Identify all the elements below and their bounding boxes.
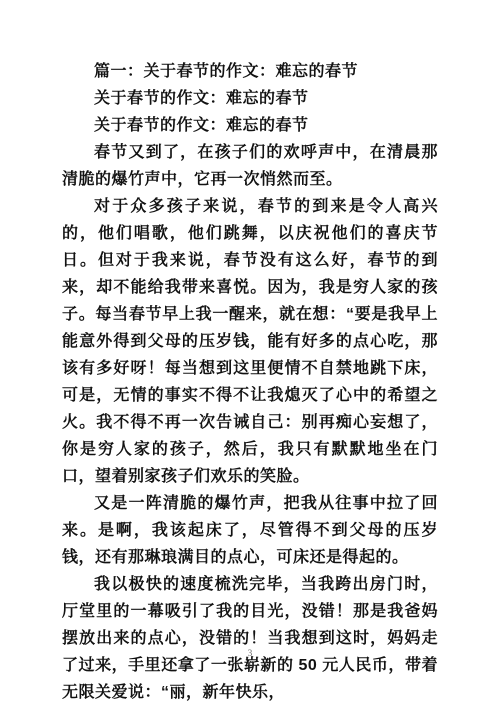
essay-subheading: 关于春节的作文：难忘的春节 <box>62 112 438 139</box>
essay-subheading: 关于春节的作文：难忘的春节 <box>62 85 438 112</box>
essay-paragraph: 我以极快的速度梳洗完毕，当我跨出房门时，厅堂里的一幕吸引了我的目光，没错！那是我… <box>62 571 438 706</box>
essay-heading: 篇一：关于春节的作文：难忘的春节 <box>62 58 438 85</box>
page-number: 3 <box>0 648 500 658</box>
essay-paragraph: 春节又到了，在孩子们的欢呼声中，在清晨那清脆的爆竹声中，它再一次悄然而至。 <box>62 139 438 193</box>
essay-body: 篇一：关于春节的作文：难忘的春节 关于春节的作文：难忘的春节 关于春节的作文：难… <box>62 58 438 706</box>
document-page: 篇一：关于春节的作文：难忘的春节 关于春节的作文：难忘的春节 关于春节的作文：难… <box>0 0 500 707</box>
essay-paragraph: 又是一阵清脆的爆竹声，把我从往事中拉了回来。是啊，我该起床了，尽管得不到父母的压… <box>62 490 438 571</box>
essay-paragraph: 对于众多孩子来说，春节的到来是令人高兴的，他们唱歌，他们跳舞，以庆祝他们的喜庆节… <box>62 193 438 490</box>
